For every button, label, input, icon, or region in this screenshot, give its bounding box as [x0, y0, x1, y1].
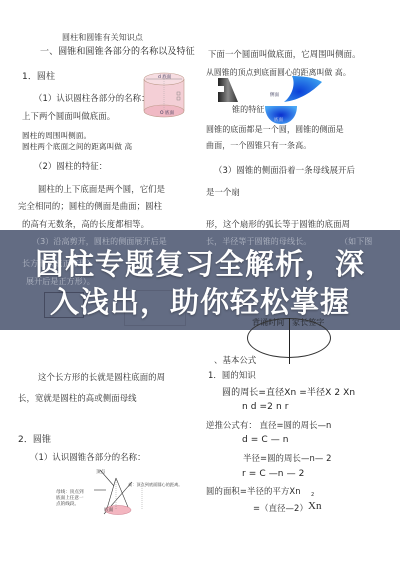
cone-feature-label: 锥的特征 — [232, 104, 264, 115]
cylinder-feature2: 完全相同的；圆柱的侧面是曲面；圆柱 — [18, 200, 162, 212]
document-page: 圆柱和圆锥有关知识点 一、圆锥和圆锥各部分的名称以及特征 1．圆柱 （1）认识圆… — [0, 0, 400, 566]
formulas-title: 、基本公式 — [214, 354, 256, 366]
cone-cut-image — [216, 78, 238, 102]
lateral-face-label: 侧面 — [270, 92, 279, 98]
cone-intro1: 下面一个圆面叫做底面，它周围叫侧面。 — [208, 48, 361, 60]
formula-circumference: 圆的周长=直径Xn =半径X 2 Xn — [222, 385, 355, 398]
formula-r: r = C —n — 2 — [242, 469, 304, 479]
cylinder-label: 1．圆柱 — [22, 69, 55, 82]
oval-divider — [289, 318, 290, 364]
cylinder-top-label: d 底面 — [158, 74, 171, 80]
formula-d: d = C — n — [242, 435, 289, 445]
circle-title: 1．圆的知识 — [208, 369, 256, 381]
formula-area-diameter: =（直径—2） — [253, 502, 308, 514]
section-title: 一、圆锥和圆锥各部分的名称以及特征 — [40, 44, 195, 57]
formula-inverse: 逆推公式有： 直径=圆的周长—n — [206, 419, 331, 431]
formula-area: 圆的面积=半径的平方Xn — [206, 485, 301, 497]
cylinder-sub2: （2）圆柱的特征： — [34, 160, 107, 172]
cylinder-line2: 圆柱的周围叫侧面。 — [22, 130, 91, 141]
base-label: 底面 — [274, 117, 283, 123]
cone-sub1: （1）认识圆锥各部分的名称： — [30, 451, 146, 463]
formula-area-pi: Xn — [308, 500, 322, 512]
unfold-line3: 这个长方形的长就是圆柱底面的周 — [38, 371, 165, 383]
title-banner: （3）沿高剪开，圆柱的侧面展开后是 长，半径等于圆锥的母线长。 （如下图 长方形… — [0, 230, 400, 330]
cone-feature2: 曲面，一个圆锥只有一条高。 — [206, 140, 311, 151]
banner-title-line1: 圆柱专题复习全解析，深 — [0, 242, 400, 283]
document-heading: 圆柱和圆锥有关知识点 — [62, 32, 143, 43]
formula-radius: 半径=圆的周长—n— 2 — [243, 452, 332, 464]
cone-slant-label: 母线：顶点到底面上任意一点的线段。 — [56, 490, 88, 508]
fan-line1: 形，这个扇形的弧长等于圆锥的底面周 — [206, 218, 350, 230]
cone-sub3b: 是一个扇 — [206, 186, 240, 198]
formula-area-exponent: 2 — [311, 492, 314, 498]
cylinder-line3: 圆柱两个底面之间的距离叫做 高 — [22, 141, 132, 152]
cylinder-sub1: （1）认识圆柱各部分的名称： — [34, 92, 150, 104]
cylinder-feature1: 圆柱的上下底面是两个圆，它们是 — [38, 183, 165, 195]
cone-base-label: 底面 — [104, 508, 113, 514]
cone-feature1: 圆锥的底面都是一个圆，圆锥的侧面是 — [206, 124, 344, 135]
cylinder-line1: 上下两个圆面叫做底面。 — [22, 110, 115, 122]
cone-apex-label: 顶点 — [96, 470, 105, 476]
cylinder-bottom-label: O 底面 — [160, 110, 174, 116]
unfold-line4: 长，宽就是圆柱的高或侧面母线 — [18, 392, 137, 404]
cone-label: 2．圆锥 — [18, 432, 51, 445]
cone-sub3: （3）圆锥的侧面沿着一条母线展开后 — [214, 164, 355, 176]
cone-height-label: 高：顶点到底面圆心的距离。 — [128, 482, 182, 488]
cone-lateral-fan-image — [282, 76, 322, 102]
banner-title-line2: 入浅出，助你轻松掌握 — [0, 280, 400, 321]
cone-intro2: 从圆锥的顶点到底面圆心的距离叫做 高。 — [206, 67, 351, 78]
cylinder-feature3: 的高有无数条，高的长度都相等。 — [22, 218, 149, 230]
formula-nd: n d =2 n r — [242, 402, 289, 412]
